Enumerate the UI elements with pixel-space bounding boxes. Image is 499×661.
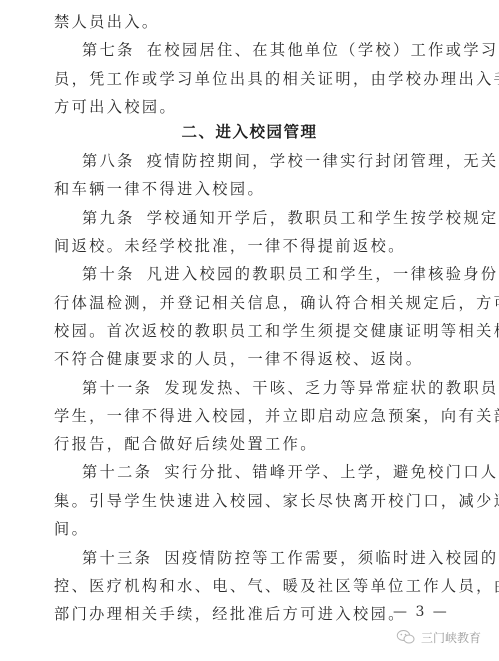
article-text: 在校园居住、在其他单位（学校）工作或学习的人 <box>147 41 499 59</box>
article-7: 第七条在校园居住、在其他单位（学校）工作或学习的人 <box>82 39 446 61</box>
watermark: 三门峡教育 <box>396 627 481 647</box>
article-text: 因疫情防控等工作需要，须临时进入校园的疾 <box>164 549 499 567</box>
article-12: 第十二条实行分批、错峰开学、上学，避免校门口人员聚 <box>82 461 446 483</box>
page-number: — 3 — <box>393 603 449 621</box>
text-line: 间返校。未经学校批准，一律不得提前返校。 <box>54 235 446 257</box>
text-line: 校园。首次返校的教职员工和学生须提交健康证明等相关材料， <box>54 320 446 342</box>
text-line: 部门办理相关手续，经批准后方可进入校园。 <box>54 603 354 625</box>
article-number: 第十条 <box>82 265 135 283</box>
watermark-label: 三门峡教育 <box>421 629 481 646</box>
wechat-icon <box>396 629 416 645</box>
article-number: 第九条 <box>82 209 135 227</box>
text-line: 学生，一律不得进入校园，并立即启动应急预案，向有关部门进 <box>54 405 446 427</box>
article-number: 第八条 <box>82 152 135 170</box>
text-line: 方可出入校园。 <box>54 96 446 118</box>
article-text: 凡进入校园的教职员工和学生，一律核验身份，进 <box>147 265 499 283</box>
article-number: 第七条 <box>82 41 135 59</box>
document-page: 禁人员出入。 第七条在校园居住、在其他单位（学校）工作或学习的人 员，凭工作或学… <box>0 0 499 661</box>
text-line: 和车辆一律不得进入校园。 <box>54 178 446 200</box>
article-10: 第十条凡进入校园的教职员工和学生，一律核验身份，进 <box>82 263 446 285</box>
article-text: 实行分批、错峰开学、上学，避免校门口人员聚 <box>164 463 499 481</box>
text-line: 行报告，配合做好后续处置工作。 <box>54 433 446 455</box>
section-heading: 二、进入校园管理 <box>0 121 499 143</box>
article-13: 第十三条因疫情防控等工作需要，须临时进入校园的疾 <box>82 547 446 569</box>
text-line: 禁人员出入。 <box>54 11 446 33</box>
article-9: 第九条学校通知开学后，教职员工和学生按学校规定的时 <box>82 207 446 229</box>
article-number: 第十一条 <box>82 379 152 397</box>
article-number: 第十三条 <box>82 549 152 567</box>
article-text: 学校通知开学后，教职员工和学生按学校规定的时 <box>147 209 499 227</box>
article-11: 第十一条发现发热、干咳、乏力等异常症状的教职员工和 <box>82 377 446 399</box>
article-text: 疫情防控期间，学校一律实行封闭管理，无关人员 <box>147 152 499 170</box>
text-line: 员，凭工作或学习单位出具的相关证明，由学校办理出入手续， <box>54 68 446 90</box>
text-line: 行体温检测，并登记相关信息，确认符合相关规定后，方可进入 <box>54 292 446 314</box>
text-line: 不符合健康要求的人员，一律不得返校、返岗。 <box>54 348 446 370</box>
article-number: 第十二条 <box>82 463 152 481</box>
article-8: 第八条疫情防控期间，学校一律实行封闭管理，无关人员 <box>82 150 446 172</box>
article-text: 发现发热、干咳、乏力等异常症状的教职员工和 <box>164 379 499 397</box>
text-line: 控、医疗机构和水、电、气、暖及社区等单位工作人员，由对口 <box>54 575 446 597</box>
text-line: 集。引导学生快速进入校园、家长尽快离开校门口，减少逗留时 <box>54 490 446 512</box>
text-line: 间。 <box>54 518 446 540</box>
